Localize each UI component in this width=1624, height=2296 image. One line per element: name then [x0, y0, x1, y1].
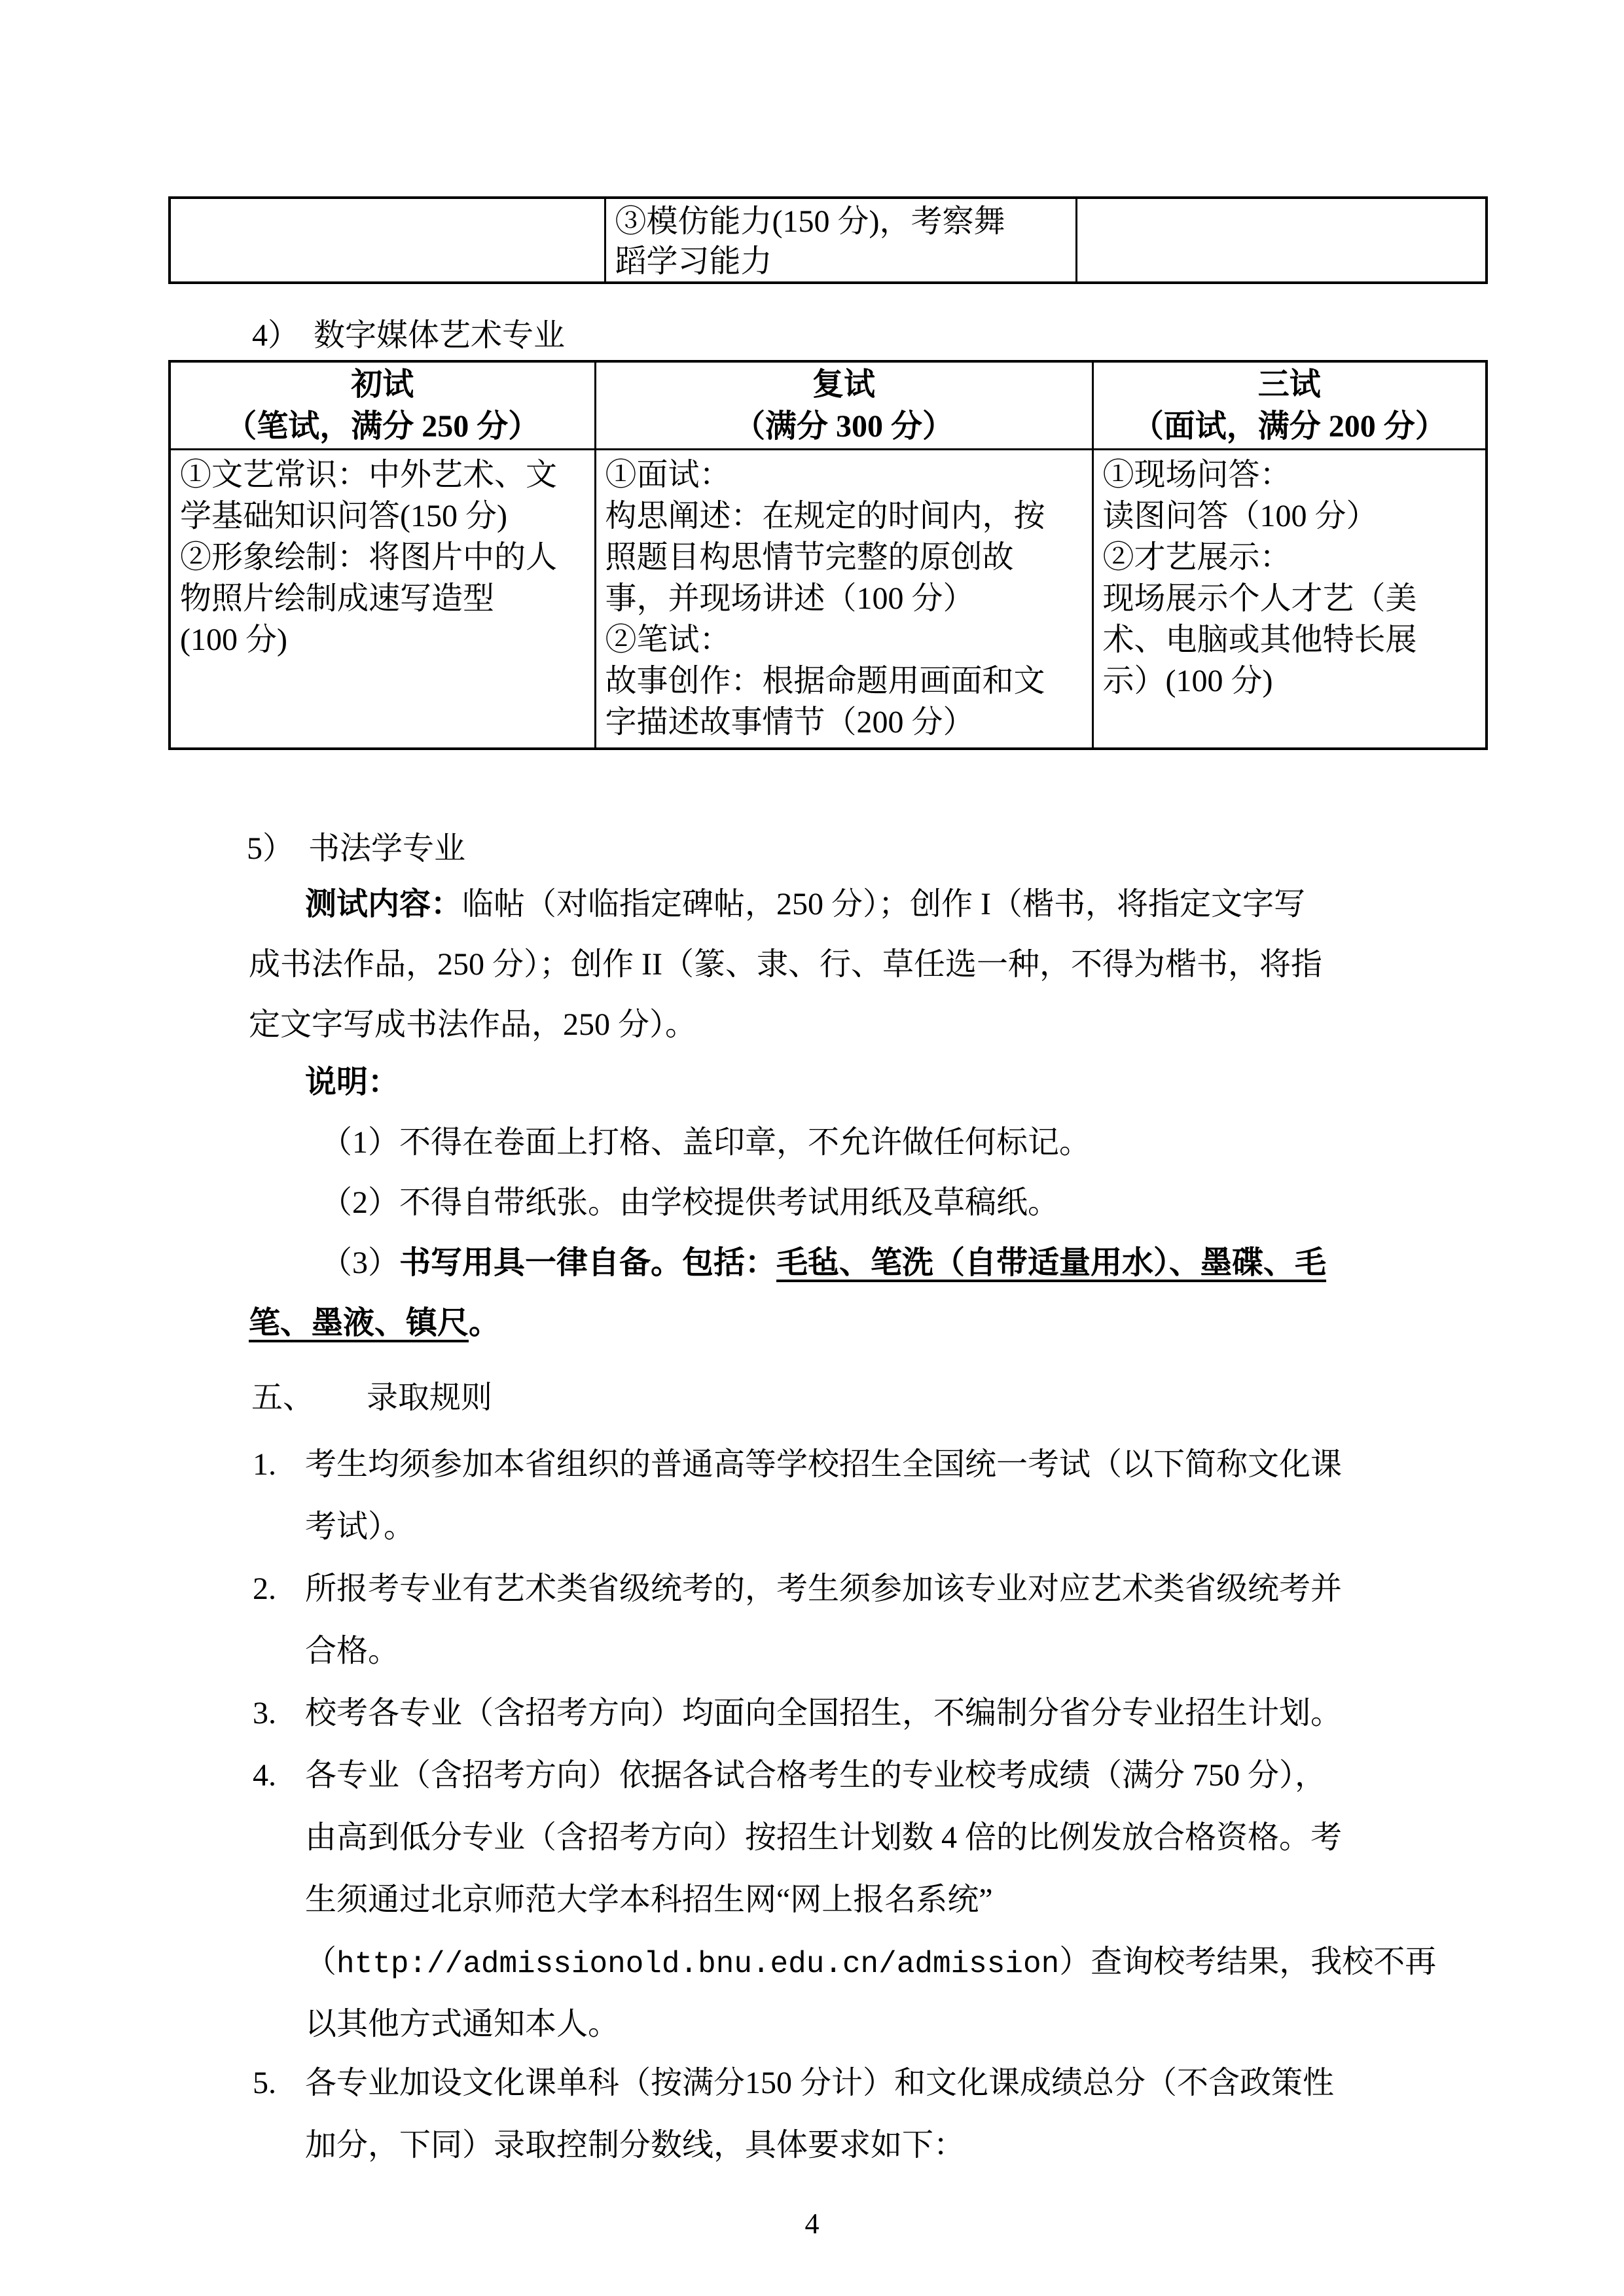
section5-heading: 5）书法学专业 [247, 826, 465, 872]
digital-media-exam-table: 初试（笔试，满分 250 分） 复试（满分 300 分） 三试（面试，满分 20… [168, 360, 1488, 750]
rule-text: 所报考专业有艺术类省级统考的，考生须参加该专业对应艺术类省级统考并合格。 [305, 1558, 1509, 1682]
rule-item-1: 1. 考生均须参加本省组织的普通高等学校招生全国统一考试（以下简称文化课考试）。 [253, 1433, 1509, 1558]
notes-label: 说明： [305, 1052, 399, 1113]
header-cell-third-exam: 三试（面试，满分 200 分） [1092, 361, 1487, 450]
table-body-row: ①文艺常识：中外艺术、文学基础知识问答(150 分)②形象绘制：将图片中的人物照… [170, 450, 1487, 749]
note-item-3: （3）书写用具一律自备。包括：毛毡、笔洗（自带适量用水）、墨碟、毛笔、墨液、镇尺… [249, 1233, 1326, 1354]
section5-number: 5） [247, 831, 294, 866]
header-cell-first-exam: 初试（笔试，满分 250 分） [170, 361, 595, 450]
admission-rules-heading: 五、录取规则 [251, 1368, 492, 1428]
header-cell-second-exam: 复试（满分 300 分） [595, 361, 1092, 450]
body-cell-second-exam: ①面试：构思阐述：在规定的时间内，按照题目构思情节完整的原创故事，并现场讲述（1… [595, 450, 1092, 749]
rule-number: 1. [253, 1433, 276, 1496]
rule-item-2: 2. 所报考专业有艺术类省级统考的，考生须参加该专业对应艺术类省级统考并合格。 [253, 1558, 1509, 1682]
rule-item-3: 3. 校考各专业（含招考方向）均面向全国招生，不编制分省分专业招生计划。 [253, 1682, 1509, 1744]
page-number: 4 [0, 2204, 1624, 2244]
rule-text: 各专业加设文化课单科（按满分150 分计）和文化课成绩总分（不含政策性加分，下同… [305, 2052, 1509, 2176]
admission-rules-title: 录取规则 [367, 1380, 492, 1415]
section5-title: 书法学专业 [308, 831, 465, 866]
rule-item-4: 4. 各专业（含招考方向）依据各试合格考生的专业校考成绩（满分 750 分），由… [253, 1744, 1509, 2055]
section4-title: 数字媒体艺术专业 [314, 318, 565, 353]
section4-number: 4） [252, 318, 299, 353]
rule-text: 考生均须参加本省组织的普通高等学校招生全国统一考试（以下简称文化课考试）。 [305, 1433, 1509, 1558]
note-item-2: （2）不得自带纸张。由学校提供考试用纸及草稿纸。 [321, 1173, 1059, 1233]
table-header-row: 初试（笔试，满分 250 分） 复试（满分 300 分） 三试（面试，满分 20… [170, 361, 1487, 450]
rule-item-5: 5. 各专业加设文化课单科（按满分150 分计）和文化课成绩总分（不含政策性加分… [253, 2052, 1509, 2176]
note-item-1: （1）不得在卷面上打格、盖印章，不允许做任何标记。 [321, 1113, 1091, 1173]
rule-number: 3. [253, 1682, 276, 1744]
test-content-paragraph: 测试内容：临帖（对临指定碑帖，250 分）；创作 I（楷书，将指定文字写成书法作… [249, 874, 1322, 1055]
document-page: ③模仿能力(150 分)，考察舞蹈学习能力 4）数字媒体艺术专业 初试（笔试，满… [0, 0, 1624, 2296]
rule-text: 各专业（含招考方向）依据各试合格考生的专业校考成绩（满分 750 分），由高到低… [305, 1744, 1509, 2055]
admission-rules-number: 五、 [251, 1380, 314, 1415]
rule-number: 5. [253, 2052, 276, 2114]
rule-number: 2. [253, 1558, 276, 1620]
body-cell-third-exam: ①现场问答：读图问答（100 分）②才艺展示：现场展示个人才艺（美术、电脑或其他… [1092, 450, 1487, 749]
table-row: ③模仿能力(150 分)，考察舞蹈学习能力 [170, 198, 1487, 283]
rule-text: 校考各专业（含招考方向）均面向全国招生，不编制分省分专业招生计划。 [305, 1682, 1509, 1744]
table-cell-imitation-ability: ③模仿能力(150 分)，考察舞蹈学习能力 [605, 198, 1076, 283]
body-cell-first-exam: ①文艺常识：中外艺术、文学基础知识问答(150 分)②形象绘制：将图片中的人物照… [170, 450, 595, 749]
section4-heading: 4）数字媒体艺术专业 [252, 313, 565, 359]
table-cell-empty-left [170, 198, 605, 283]
rule-number: 4. [253, 1744, 276, 1806]
dance-exam-table-fragment: ③模仿能力(150 分)，考察舞蹈学习能力 [168, 196, 1488, 284]
table-cell-empty-right [1076, 198, 1487, 283]
